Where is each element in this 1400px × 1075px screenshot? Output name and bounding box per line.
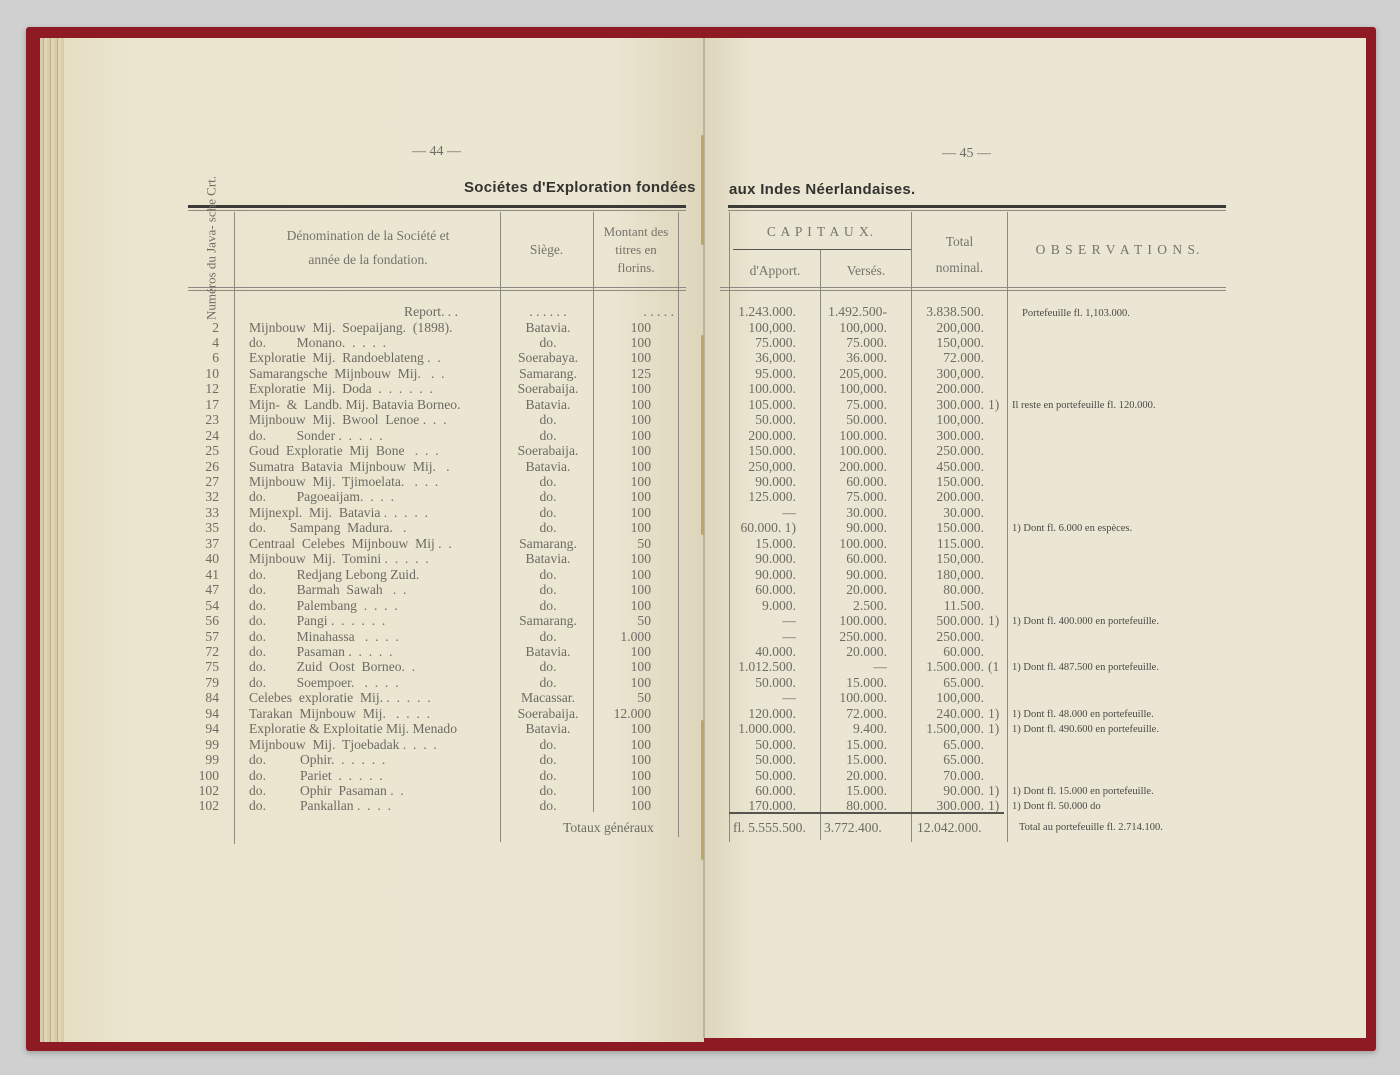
capital-contributed: 60.000. [720,783,796,798]
company-name: do. Pariet . . . . . [249,768,383,783]
share-value: 100 [581,428,651,443]
capital-contributed: 60.000. [720,582,796,597]
share-value: 100 [581,768,651,783]
capital-paid: 90.000. [815,567,887,582]
company-name: Celebes exploratie Mij. . . . . . [249,690,431,705]
row-number: 33 [183,505,219,520]
total-nominal: 150.000. [906,520,984,535]
row-number: 12 [183,381,219,396]
share-value: 100 [581,567,651,582]
share-value: 100 [581,644,651,659]
capital-contributed: 200.000. [720,428,796,443]
company-name: Exploratie & Exploitatie Mij. Menado [249,721,457,736]
company-name: do. Ophir. . . . . . [249,752,385,767]
row-number: 100 [183,768,219,783]
company-name: Mijnexpl. Mij. Batavia . . . . . [249,505,428,520]
capital-paid: 72.000. [815,706,887,721]
row-number: 4 [183,335,219,350]
capital-paid: 60.000. [815,551,887,566]
header-montant: Montant destitres enflorins. [594,223,678,277]
col-divider [1007,212,1008,842]
header-denomination: Dénomination de la Société etannée de la… [236,226,500,270]
row-number: 24 [183,428,219,443]
share-value: 100 [581,443,651,458]
company-name: Exploratie Mij. Randoeblateng . . [249,350,441,365]
capital-contributed: 250,000. [720,459,796,474]
row-number: 102 [183,783,219,798]
share-value: 100 [581,397,651,412]
company-name: do. Sampang Madura. . [249,520,406,535]
company-name: do. Zuid Oost Borneo. . [249,659,415,674]
total-nominal: 200.000. [906,381,984,396]
binding-thread [701,335,704,535]
capital-paid: 100.000. [815,536,887,551]
total-nominal: 100,000. [906,412,984,427]
capital-paid: 100.000. [815,443,887,458]
company-name: Sumatra Batavia Mijnbouw Mij. . [249,459,450,474]
total-nominal: 115.000. [906,536,984,551]
header-bottom-rule [720,290,1226,291]
row-number: 54 [183,598,219,613]
total-nominal: 65.000. [906,675,984,690]
total-nominal: 150,000. [906,335,984,350]
share-value: 100 [581,381,651,396]
total-nominal: 60.000. [906,644,984,659]
share-value: 12.000 [581,706,651,721]
company-name: do. Pangi . . . . . . [249,613,385,628]
total-nominal: 1.500.000. [906,659,984,674]
company-name: Centraal Celebes Mijnbouw Mij . . [249,536,452,551]
page-number-right: — 45 — [942,146,991,162]
title-left: Sociétes d'Exploration fondées [464,179,696,196]
capital-contributed: 170.000. [720,798,796,813]
capital-contributed: — [720,629,796,644]
total-nominal: 250.000. [906,629,984,644]
header-rule [728,205,1226,208]
row-number: 94 [183,721,219,736]
capital-contributed: 125.000. [720,489,796,504]
header-verses: Versés. [821,261,911,281]
share-value: 100 [581,459,651,474]
share-value: 100 [581,721,651,736]
share-value: 100 [581,412,651,427]
header-numeros: Numéros du Java- sche Crt. [188,212,234,284]
share-value: 100 [581,737,651,752]
share-value: 100 [581,335,651,350]
company-name: do. Ophir Pasaman . . [249,783,404,798]
capital-paid: — [815,659,887,674]
capitaux-rule [733,249,911,250]
capital-contributed: 90.000. [720,474,796,489]
row-number: 40 [183,551,219,566]
observation: 1) Dont fl. 6.000 en espèces. [1012,521,1132,536]
share-value: 100 [581,675,651,690]
share-value: 125 [581,366,651,381]
total-nominal: 11.500. [906,598,984,613]
total-nominal: 1.500,000. [906,721,984,736]
capital-contributed: 1.012.500. [720,659,796,674]
share-value: 100 [581,659,651,674]
capital-paid: 100.000. [815,690,887,705]
capital-paid: 9.400. [815,721,887,736]
observation: 1) Dont fl. 487.500 en portefeuille. [1012,660,1159,675]
header-bottom-rule [188,287,686,288]
share-value: 100 [581,489,651,504]
share-value: 100 [581,598,651,613]
company-name: do. Barmah Sawah . . [249,582,406,597]
total-nominal: 500.000. [906,613,984,628]
total-nominal: 450.000. [906,459,984,474]
footnote-mark: 1) [988,798,999,813]
row-number: 57 [183,629,219,644]
share-value: 50 [581,690,651,705]
capital-paid: 100,000. [815,381,887,396]
capital-contributed: 50.000. [720,675,796,690]
header-bottom-rule [188,290,686,291]
row-number: 2 [183,320,219,335]
capital-paid: 2.500. [815,598,887,613]
company-name: Samarangsche Mijnbouw Mij. . . [249,366,445,381]
company-name: do. Soempoer. . . . . [249,675,399,690]
row-number: 25 [183,443,219,458]
company-name: Goud Exploratie Mij Bone . . . [249,443,439,458]
capital-paid: 15.000. [815,675,887,690]
share-value: 100 [581,752,651,767]
capital-contributed: 150.000. [720,443,796,458]
total-nominal: 240.000. [906,706,984,721]
company-name: Tarakan Mijnbouw Mij. . . . . [249,706,430,721]
capital-paid: 75.000. [815,489,887,504]
company-name: do. Monano. . . . . [249,335,386,350]
header-rule [188,210,686,211]
row-number: 6 [183,350,219,365]
capital-paid: 100.000. [815,613,887,628]
company-name: Mijnbouw Mij. Tjoebadak . . . . [249,737,437,752]
capital-contributed: 1.000.000. [720,721,796,736]
header-bottom-rule [720,287,1226,288]
title-right: aux Indes Néerlandaises. [729,181,915,198]
capital-contributed: 36,000. [720,350,796,365]
capital-contributed: — [720,613,796,628]
header-total: Totalnominal. [912,229,1007,281]
capital-paid: 50.000. [815,412,887,427]
share-value: 1.000 [581,629,651,644]
binding-thread [701,135,704,245]
footnote-mark: 1) [988,706,999,721]
share-value: 100 [581,582,651,597]
total-nominal: 300.000. [906,428,984,443]
total-nominal: 30.000. [906,505,984,520]
row-number: 35 [183,520,219,535]
header-apport: d'Apport. [730,261,820,281]
company-name: Mijnbouw Mij. Tomini . . . . . [249,551,429,566]
capital-paid: 75.000. [815,397,887,412]
share-value: 100 [581,798,651,813]
capital-contributed: 100.000. [720,381,796,396]
observation: 1) Dont fl. 48.000 en portefeuille. [1012,707,1154,722]
capital-contributed: 40.000. [720,644,796,659]
total-nominal: 150.000. [906,474,984,489]
share-value: 100 [581,520,651,535]
capital-contributed: 15.000. [720,536,796,551]
company-name: do. Palembang . . . . [249,598,398,613]
capital-paid: 20.000. [815,768,887,783]
capital-paid: 100.000. [815,428,887,443]
observation: Il reste en portefeuille fl. 120.000. [1012,398,1155,413]
total-nominal: 300.000. [906,397,984,412]
total-nominal: 70.000. [906,768,984,783]
share-value: 100 [581,551,651,566]
company-name: do. Redjang Lebong Zuid. [249,567,419,582]
capital-contributed: — [720,690,796,705]
header-capitaux: C A P I T A U X. [730,222,911,242]
row-number: 37 [183,536,219,551]
total-nominal: 200.000. [906,489,984,504]
capital-contributed: 50.000. [720,768,796,783]
capital-contributed: 60.000. 1) [720,520,796,535]
capital-contributed: 75.000. [720,335,796,350]
observation: 1) Dont fl. 15.000 en portefeuille. [1012,784,1154,799]
total-nominal: 300,000. [906,366,984,381]
header-rule [188,205,686,208]
capital-contributed: — [720,505,796,520]
footnote-mark: (1 [988,659,999,674]
company-name: do. Pankallan . . . . [249,798,391,813]
share-value: 100 [581,474,651,489]
row-number: 94 [183,706,219,721]
share-value: 100 [581,350,651,365]
row-number: 26 [183,459,219,474]
capital-contributed: 100,000. [720,320,796,335]
total-nominal: 72.000. [906,350,984,365]
observation: 1) Dont fl. 490.600 en portefeuille. [1012,722,1159,737]
company-name: Mijnbouw Mij. Tjimoelata. . . . [249,474,438,489]
footnote-mark: 1) [988,397,999,412]
row-number: 10 [183,366,219,381]
total-nominal: 80.000. [906,582,984,597]
total-nominal: 100,000. [906,690,984,705]
capital-paid: 75.000. [815,335,887,350]
row-number: 23 [183,412,219,427]
col-divider [234,212,235,844]
capital-paid: 15.000. [815,752,887,767]
row-number: 17 [183,397,219,412]
observation: 1) Dont fl. 400.000 en portefeuille. [1012,614,1159,629]
row-number: 27 [183,474,219,489]
company-name: Mijn- & Landb. Mij. Batavia Borneo. [249,397,460,412]
capital-paid: 200.000. [815,459,887,474]
total-nominal: 65.000. [906,752,984,767]
footnote-mark: 1) [988,783,999,798]
capital-contributed: 95.000. [720,366,796,381]
share-value: 50 [581,613,651,628]
row-number: 99 [183,752,219,767]
company-name: do. Pagoeaijam. . . . [249,489,394,504]
share-value: 100 [581,783,651,798]
capital-paid: 36.000. [815,350,887,365]
company-name: do. Sonder . . . . . [249,428,383,443]
row-number: 99 [183,737,219,752]
capital-contributed: 9.000. [720,598,796,613]
row-number: 102 [183,798,219,813]
row-number: 32 [183,489,219,504]
capital-paid: 20.000. [815,644,887,659]
capital-contributed: 50.000. [720,412,796,427]
capital-contributed: 50.000. [720,737,796,752]
col-divider [678,212,679,837]
company-name: Mijnbouw Mij. Soepaijang. (1898). [249,320,453,335]
capital-paid: 100,000. [815,320,887,335]
capital-paid: 80.000. [815,798,887,813]
capital-contributed: 105.000. [720,397,796,412]
header-siege: Siège. [500,240,593,260]
company-name: do. Minahassa . . . . [249,629,399,644]
footnote-mark: 1) [988,613,999,628]
row-number: 47 [183,582,219,597]
total-nominal: 180,000. [906,567,984,582]
row-number: 75 [183,659,219,674]
total-nominal: 65.000. [906,737,984,752]
row-number: 41 [183,567,219,582]
capital-contributed: 120.000. [720,706,796,721]
header-rule [728,210,1226,211]
total-nominal: 200,000. [906,320,984,335]
capital-paid: 250.000. [815,629,887,644]
company-name: Exploratie Mij. Doda . . . . . . [249,381,433,396]
total-nominal: 250.000. [906,443,984,458]
capital-paid: 90.000. [815,520,887,535]
capital-paid: 205,000. [815,366,887,381]
binding-thread [701,720,704,860]
total-nominal: 150,000. [906,551,984,566]
capital-paid: 15.000. [815,737,887,752]
total-nominal: 300.000. [906,798,984,813]
total-nominal: 90.000. [906,783,984,798]
capital-paid: 60.000. [815,474,887,489]
share-value: 100 [581,505,651,520]
capital-contributed: 50.000. [720,752,796,767]
row-number: 72 [183,644,219,659]
header-observations: O B S E R V A T I O N S. [1008,240,1228,260]
observation: 1) Dont fl. 50.000 do [1012,799,1101,814]
company-name: Mijnbouw Mij. Bwool Lenoe . . . [249,412,446,427]
page-number-left: — 44 — [412,144,461,160]
capital-paid: 30.000. [815,505,887,520]
company-name: do. Pasaman . . . . . [249,644,392,659]
row-number: 56 [183,613,219,628]
footnote-mark: 1) [988,721,999,736]
row-number: 84 [183,690,219,705]
capital-paid: 20.000. [815,582,887,597]
capital-contributed: 90.000. [720,551,796,566]
share-value: 50 [581,536,651,551]
row-number: 79 [183,675,219,690]
capital-paid: 15.000. [815,783,887,798]
capital-contributed: 90.000. [720,567,796,582]
share-value: 100 [581,320,651,335]
